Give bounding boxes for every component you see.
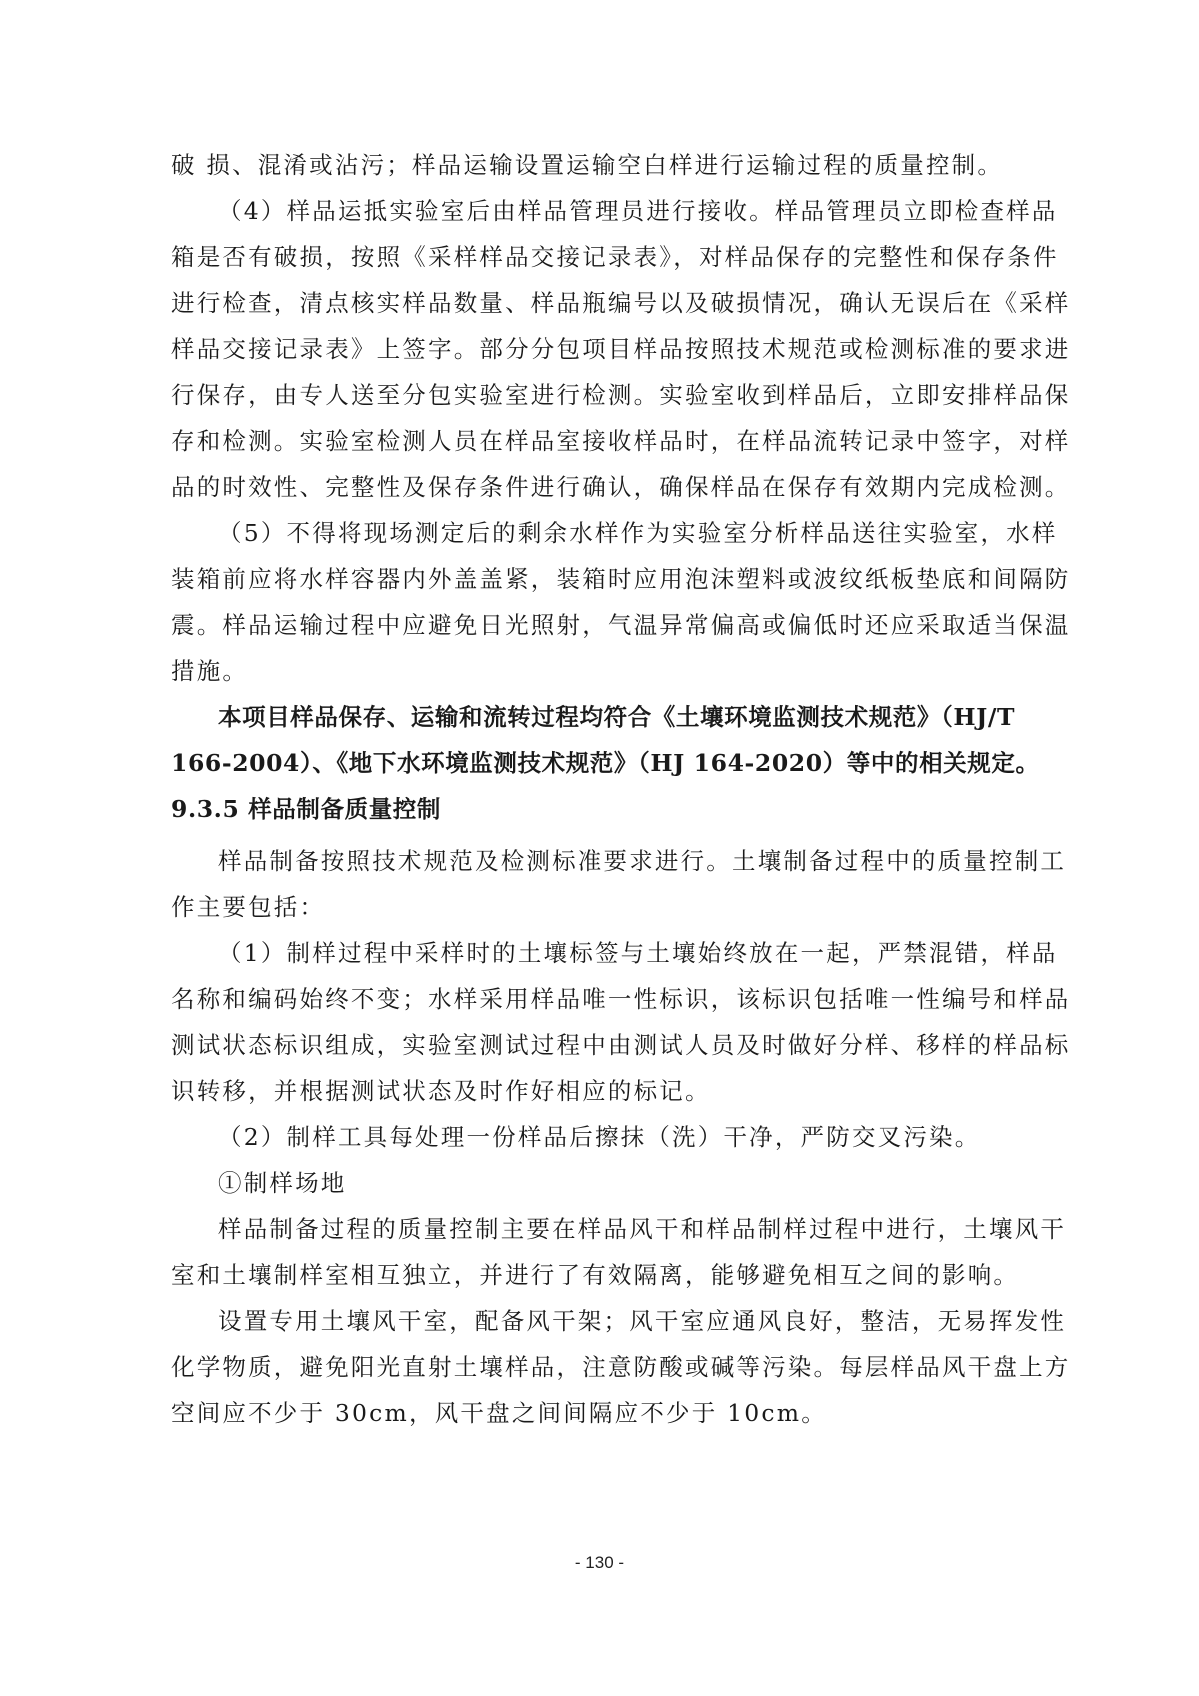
- body-text-line: 震。样品运输过程中应避免日光照射，气温异常偏高或偏低时还应采取适当保温: [171, 610, 1031, 640]
- section-intro: 样品制备按照技术规范及检测标准要求进行。土壤制备过程中的质量控制工: [218, 846, 1078, 876]
- body-text-line: 化学物质，避免阳光直射土壤样品，注意防酸或碱等污染。每层样品风干盘上方: [171, 1352, 1031, 1382]
- compliance-statement: 本项目样品保存、运输和流转过程均符合《土壤环境监测技术规范》（HJ/T: [218, 702, 1078, 732]
- body-text-line: 样品交接记录表》上签字。部分分包项目样品按照技术规范或检测标准的要求进: [171, 334, 1031, 364]
- body-text-line: 行保存，由专人送至分包实验室进行检测。实验室收到样品后，立即安排样品保: [171, 380, 1031, 410]
- paragraph-item-5: （5）不得将现场测定后的剩余水样作为实验室分析样品送往实验室，水样: [218, 518, 1078, 548]
- paragraph-item-4: （4）样品运抵实验室后由样品管理员进行接收。样品管理员立即检查样品: [218, 196, 1078, 226]
- body-text-line: 空间应不少于 30cm，风干盘之间间隔应不少于 10cm。: [171, 1398, 1031, 1428]
- body-text-line: 措施。: [171, 656, 1031, 686]
- body-text-line: 名称和编码始终不变；水样采用样品唯一性标识，该标识包括唯一性编号和样品: [171, 984, 1031, 1014]
- subheading-sample-site: ①制样场地: [218, 1168, 1078, 1198]
- body-text-line: 作主要包括：: [171, 892, 1031, 922]
- body-text-line: 装箱前应将水样容器内外盖盖紧，装箱时应用泡沫塑料或波纹纸板垫底和间隔防: [171, 564, 1031, 594]
- body-text-line: 品的时效性、完整性及保存条件进行确认，确保样品在保存有效期内完成检测。: [171, 472, 1031, 502]
- section-heading: 9.3.5 样品制备质量控制: [171, 794, 1031, 824]
- paragraph-item-2: （2）制样工具每处理一份样品后擦抹（洗）干净，严防交叉污染。: [218, 1122, 1078, 1152]
- page-number: - 130 -: [0, 1553, 1199, 1573]
- document-page: 破 损、混淆或沾污；样品运输设置运输空白样进行运输过程的质量控制。 （4）样品运…: [0, 0, 1199, 1696]
- body-text-line: 测试状态标识组成，实验室测试过程中由测试人员及时做好分样、移样的样品标: [171, 1030, 1031, 1060]
- body-text-line: 箱是否有破损，按照《采样样品交接记录表》，对样品保存的完整性和保存条件: [171, 242, 1031, 272]
- body-text-line: 进行检查，清点核实样品数量、样品瓶编号以及破损情况，确认无误后在《采样: [171, 288, 1031, 318]
- body-text-line: 破 损、混淆或沾污；样品运输设置运输空白样进行运输过程的质量控制。: [171, 150, 1031, 180]
- compliance-statement-cont: 166-2004）、《地下水环境监测技术规范》（HJ 164-2020）等中的相…: [171, 748, 1031, 778]
- body-text-line: 存和检测。实验室检测人员在样品室接收样品时，在样品流转记录中签字，对样: [171, 426, 1031, 456]
- body-text-line: 设置专用土壤风干室，配备风干架；风干室应通风良好，整洁，无易挥发性: [218, 1306, 1078, 1336]
- body-text-line: 识转移，并根据测试状态及时作好相应的标记。: [171, 1076, 1031, 1106]
- paragraph-item-1: （1）制样过程中采样时的土壤标签与土壤始终放在一起，严禁混错，样品: [218, 938, 1078, 968]
- body-text-line: 样品制备过程的质量控制主要在样品风干和样品制样过程中进行，土壤风干: [218, 1214, 1078, 1244]
- body-text-line: 室和土壤制样室相互独立，并进行了有效隔离，能够避免相互之间的影响。: [171, 1260, 1031, 1290]
